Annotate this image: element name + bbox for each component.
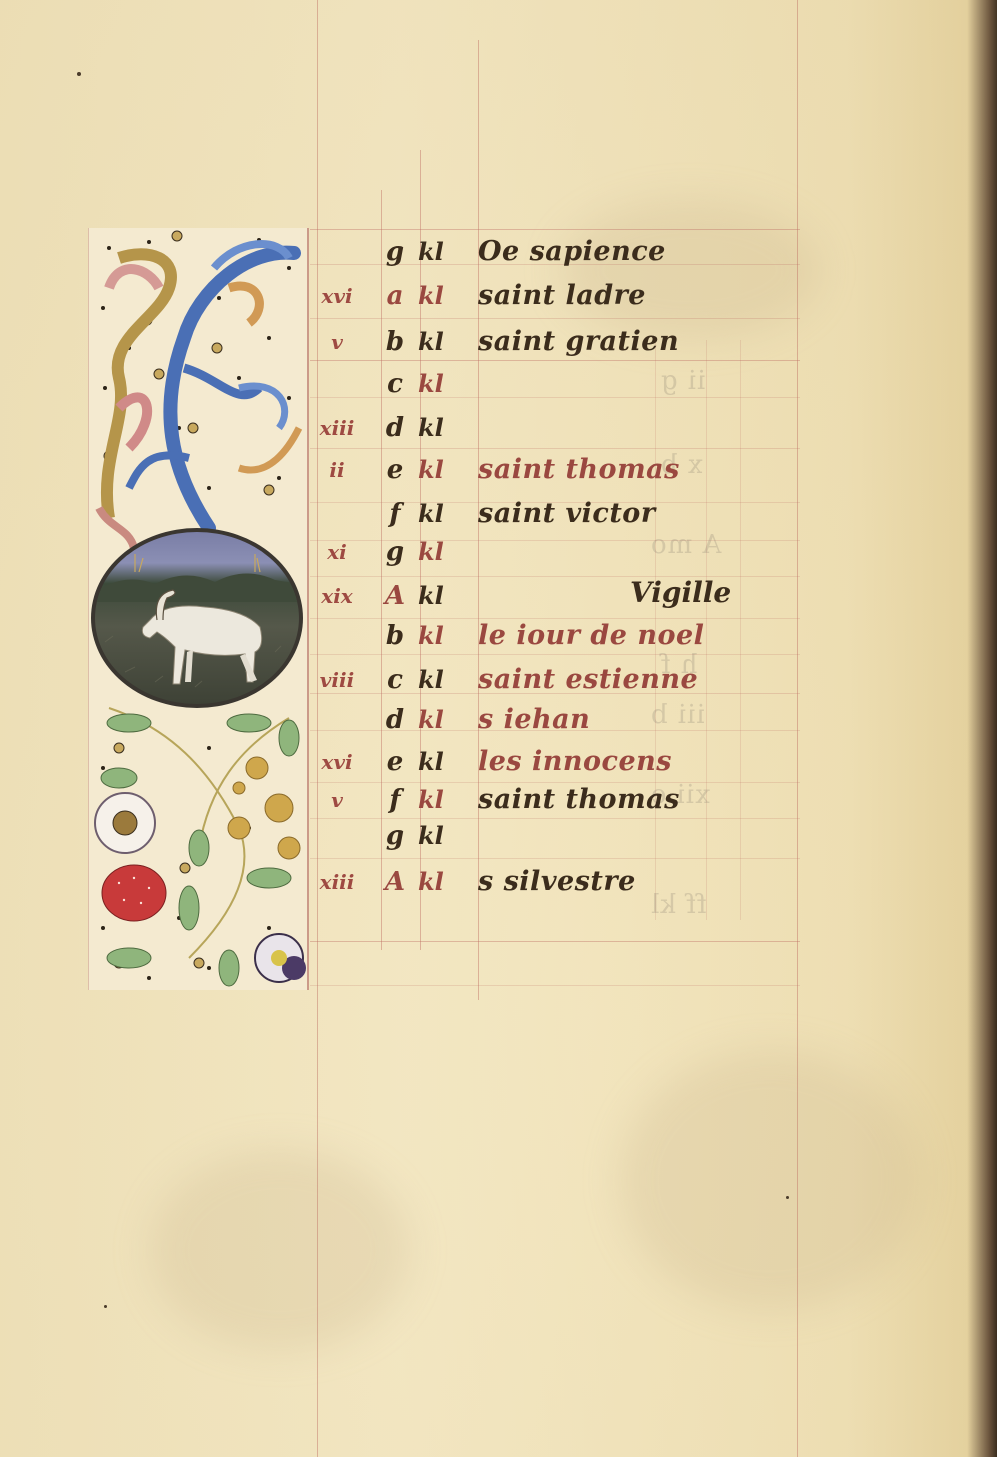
dominical-letter: g <box>384 818 406 854</box>
goat-icon <box>95 532 299 704</box>
capricorn-roundel <box>91 528 303 708</box>
kalends-abbrev: kl <box>418 534 444 570</box>
feast-name: saint victor <box>478 496 656 532</box>
speck <box>786 1196 789 1199</box>
dominical-letter: b <box>384 618 406 654</box>
dominical-letter: c <box>384 366 406 402</box>
kalends-abbrev: kl <box>418 864 444 900</box>
kalends-abbrev: kl <box>418 234 444 270</box>
dominical-letter: g <box>384 234 406 270</box>
calendar-row: v f kl saint thomas <box>300 782 770 818</box>
ruling-line <box>310 654 800 655</box>
dominical-letter: d <box>384 702 406 738</box>
strawberry <box>102 865 166 921</box>
golden-number: v <box>308 782 366 818</box>
calendar-row: g kl Oe sapience <box>300 234 770 270</box>
ruling-line <box>797 0 798 1457</box>
golden-number: xvi <box>308 744 366 780</box>
feast-name: Oe sapience <box>478 234 666 270</box>
calendar-row: g kl <box>300 818 770 854</box>
kalends-abbrev: kl <box>418 818 444 854</box>
kalends-abbrev: kl <box>418 782 444 818</box>
calendar-row: viii c kl saint estienne <box>300 662 770 698</box>
dominical-letter: a <box>384 278 406 314</box>
ruling-line <box>310 229 800 230</box>
ruling-line <box>310 941 800 942</box>
dominical-letter: f <box>384 782 406 818</box>
golden-number: v <box>308 324 366 360</box>
kalends-abbrev: kl <box>418 278 444 314</box>
kalends-abbrev: kl <box>418 618 444 654</box>
kalends-abbrev: kl <box>418 662 444 698</box>
golden-number: xi <box>308 534 366 570</box>
feast-name: saint estienne <box>478 662 698 698</box>
calendar-row: xix A kl <box>300 578 770 614</box>
feast-name: le iour de noel <box>478 618 704 654</box>
kalends-abbrev: kl <box>418 366 444 402</box>
ruling-line <box>310 985 800 986</box>
golden-number: xix <box>308 578 366 614</box>
ruling-line <box>310 360 800 361</box>
kalends-abbrev: kl <box>418 702 444 738</box>
calendar-row: v b kl saint gratien <box>300 324 770 360</box>
kalends-abbrev: kl <box>418 410 444 446</box>
calendar-row: d kl s iehan <box>300 702 770 738</box>
golden-number: xiii <box>308 864 366 900</box>
kalends-abbrev: kl <box>418 324 444 360</box>
feast-name: saint thomas <box>478 452 680 488</box>
calendar-row: f kl saint victor <box>300 496 770 532</box>
golden-number: ii <box>308 452 366 488</box>
calendar-row: xvi a kl saint ladre <box>300 278 770 314</box>
feast-name: saint gratien <box>478 324 679 360</box>
feast-name: s silvestre <box>478 864 636 900</box>
calendar-row: ii e kl saint thomas <box>300 452 770 488</box>
ruling-line <box>310 318 800 319</box>
kalends-abbrev: kl <box>418 496 444 532</box>
parchment-page: ii g x b A mo h f iii b xii e ff kl <box>0 0 997 1457</box>
kalends-abbrev: kl <box>418 578 444 614</box>
kalends-abbrev: kl <box>418 452 444 488</box>
speck <box>104 1305 107 1308</box>
calendar-row: b kl le iour de noel <box>300 618 770 654</box>
calendar-row: xiii A kl s silvestre <box>300 864 770 900</box>
pansy-flower <box>255 934 306 982</box>
calendar-row: xiii d kl <box>300 410 770 446</box>
dominical-letter: e <box>384 744 406 780</box>
feast-name: saint ladre <box>478 278 646 314</box>
golden-number: viii <box>308 662 366 698</box>
dominical-letter: b <box>384 324 406 360</box>
calendar-row: xi g kl <box>300 534 770 570</box>
stain <box>560 200 820 340</box>
dominical-letter: d <box>384 410 406 446</box>
calendar-row: c kl <box>300 366 770 402</box>
feast-name: s iehan <box>478 702 590 738</box>
feast-name: saint thomas <box>478 782 680 818</box>
ruling-line <box>310 448 800 449</box>
kalends-abbrev: kl <box>418 744 444 780</box>
calendar-row: xvi e kl les innocens <box>300 744 770 780</box>
dominical-letter: f <box>384 496 406 532</box>
speck <box>77 72 81 76</box>
dominical-letter: g <box>384 534 406 570</box>
dominical-letter: A <box>384 578 406 614</box>
dominical-letter: c <box>384 662 406 698</box>
white-flower <box>95 793 155 853</box>
feast-name: les innocens <box>478 744 672 780</box>
stain <box>620 1050 920 1310</box>
golden-number: xiii <box>308 410 366 446</box>
stain <box>150 1150 410 1350</box>
illuminated-border <box>88 228 309 990</box>
dominical-letter: A <box>384 864 406 900</box>
golden-number: xvi <box>308 278 366 314</box>
ruling-line <box>310 858 800 859</box>
dominical-letter: e <box>384 452 406 488</box>
